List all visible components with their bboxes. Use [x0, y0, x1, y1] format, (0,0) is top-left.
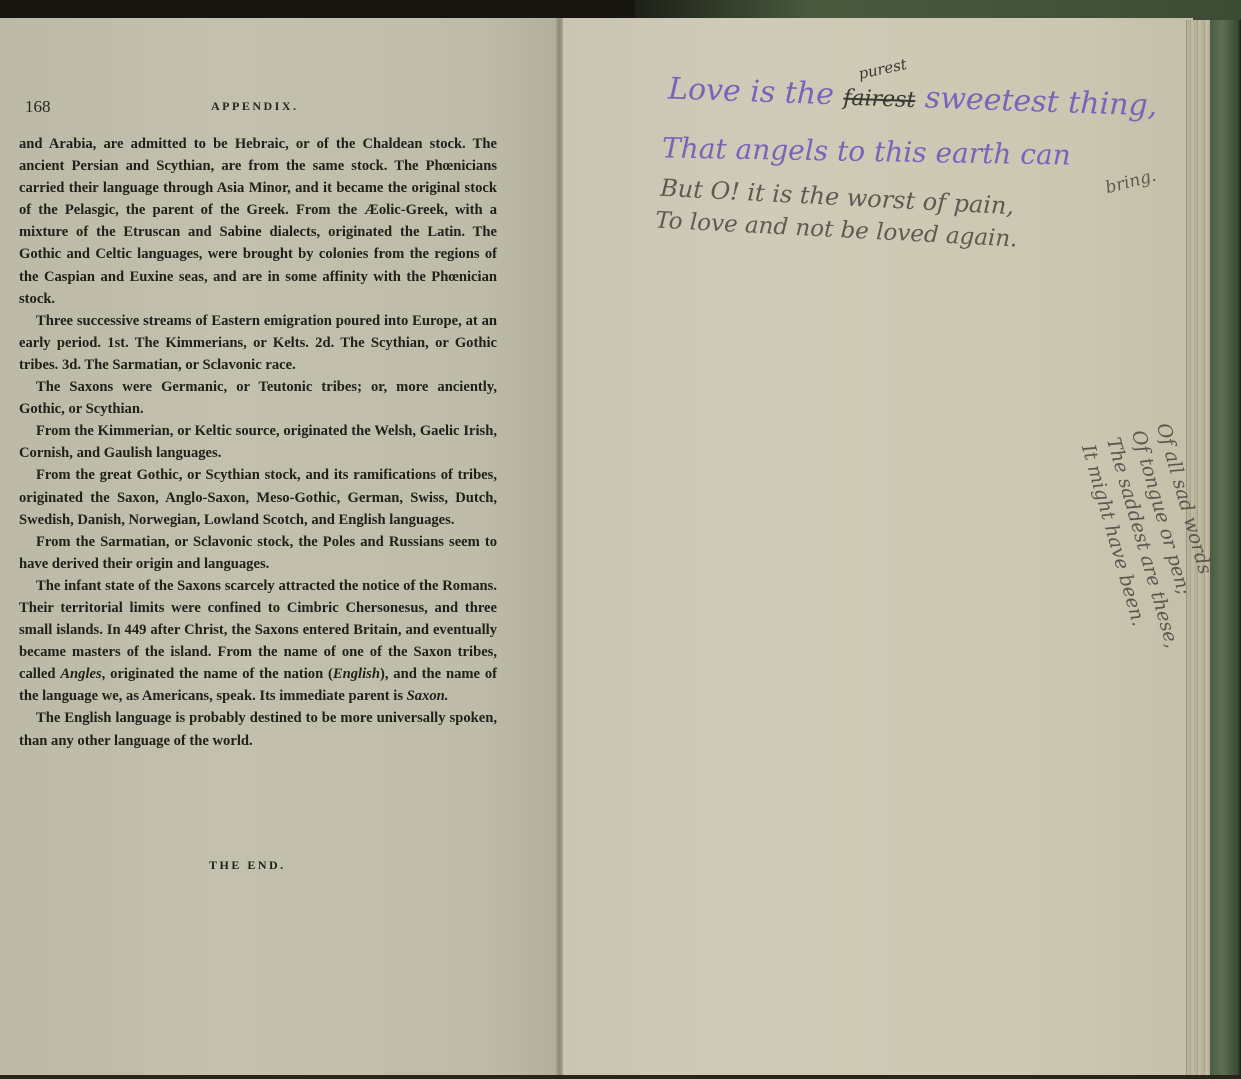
paragraph: From the Kimmerian, or Keltic source, or…: [19, 420, 497, 464]
paragraph: The English language is probably destine…: [19, 707, 497, 751]
running-head-title: APPENDIX.: [211, 99, 299, 114]
page-number: 168: [25, 97, 51, 117]
book-cover-edge: [1210, 20, 1241, 1079]
paragraph: Three successive streams of Eastern emig…: [19, 310, 497, 376]
paragraph: From the great Gothic, or Scythian stock…: [19, 464, 497, 530]
poem-line-1-start: Love is the: [668, 71, 845, 112]
paragraph: The infant state of the Saxons scarcely …: [19, 575, 497, 708]
bottom-shadow: [0, 1075, 1241, 1079]
vertical-pencil-note: Of all sad words Of tongue or pen; The s…: [1010, 420, 1180, 700]
running-head: 168 APPENDIX.: [25, 97, 505, 117]
paragraph: and Arabia, are admitted to be Hebraic, …: [19, 133, 497, 310]
appendix-body-text: and Arabia, are admitted to be Hebraic, …: [19, 133, 497, 752]
the-end-label: THE END.: [209, 858, 286, 873]
paragraph: From the Sarmatian, or Sclavonic stock, …: [19, 531, 497, 575]
struck-word: fairest: [843, 86, 916, 113]
paragraph: The Saxons were Germanic, or Teutonic tr…: [19, 376, 497, 420]
